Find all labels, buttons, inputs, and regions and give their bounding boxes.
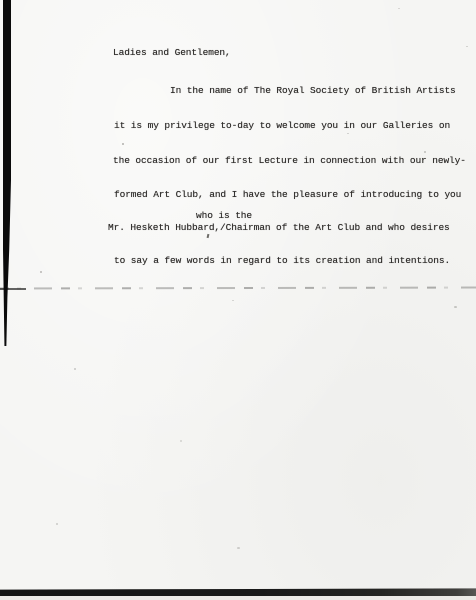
paper-speck	[454, 306, 457, 308]
paper-speck	[466, 46, 468, 47]
paper-speck	[40, 271, 42, 273]
paper-speck	[122, 143, 124, 145]
typed-line-4: formed Art Club, and I have the pleasure…	[114, 189, 461, 201]
paper-speck	[74, 368, 76, 370]
paper-speck	[56, 523, 58, 525]
typed-line-5: Mr. Hesketh Hubbard,/Chairman of the Art…	[108, 222, 450, 234]
scan-edge-left-band	[3, 0, 11, 346]
typed-line-6: to say a few words in regard to its crea…	[114, 255, 450, 267]
scan-edge-bottom-margin	[0, 596, 476, 600]
paper-speck	[237, 547, 240, 549]
scanned-document-page: Ladies and Gentlemen, In the name of The…	[0, 0, 476, 600]
typed-line-opening: In the name of The Royal Society of Brit…	[170, 85, 456, 97]
salutation-line: Ladies and Gentlemen,	[113, 47, 231, 59]
paper-speck	[424, 151, 426, 153]
paper-speck	[180, 440, 182, 442]
interlinear-insertion: who is the	[196, 210, 252, 222]
fold-crease-line	[0, 287, 476, 290]
paper-speck	[347, 133, 349, 134]
typed-line-2: it is my privilege to-day to welcome you…	[114, 120, 450, 132]
paper-speck	[398, 8, 400, 9]
paper-speck	[232, 300, 234, 301]
insertion-caret-mark	[207, 234, 210, 238]
typed-line-3: the occasion of our first Lecture in con…	[113, 155, 466, 167]
